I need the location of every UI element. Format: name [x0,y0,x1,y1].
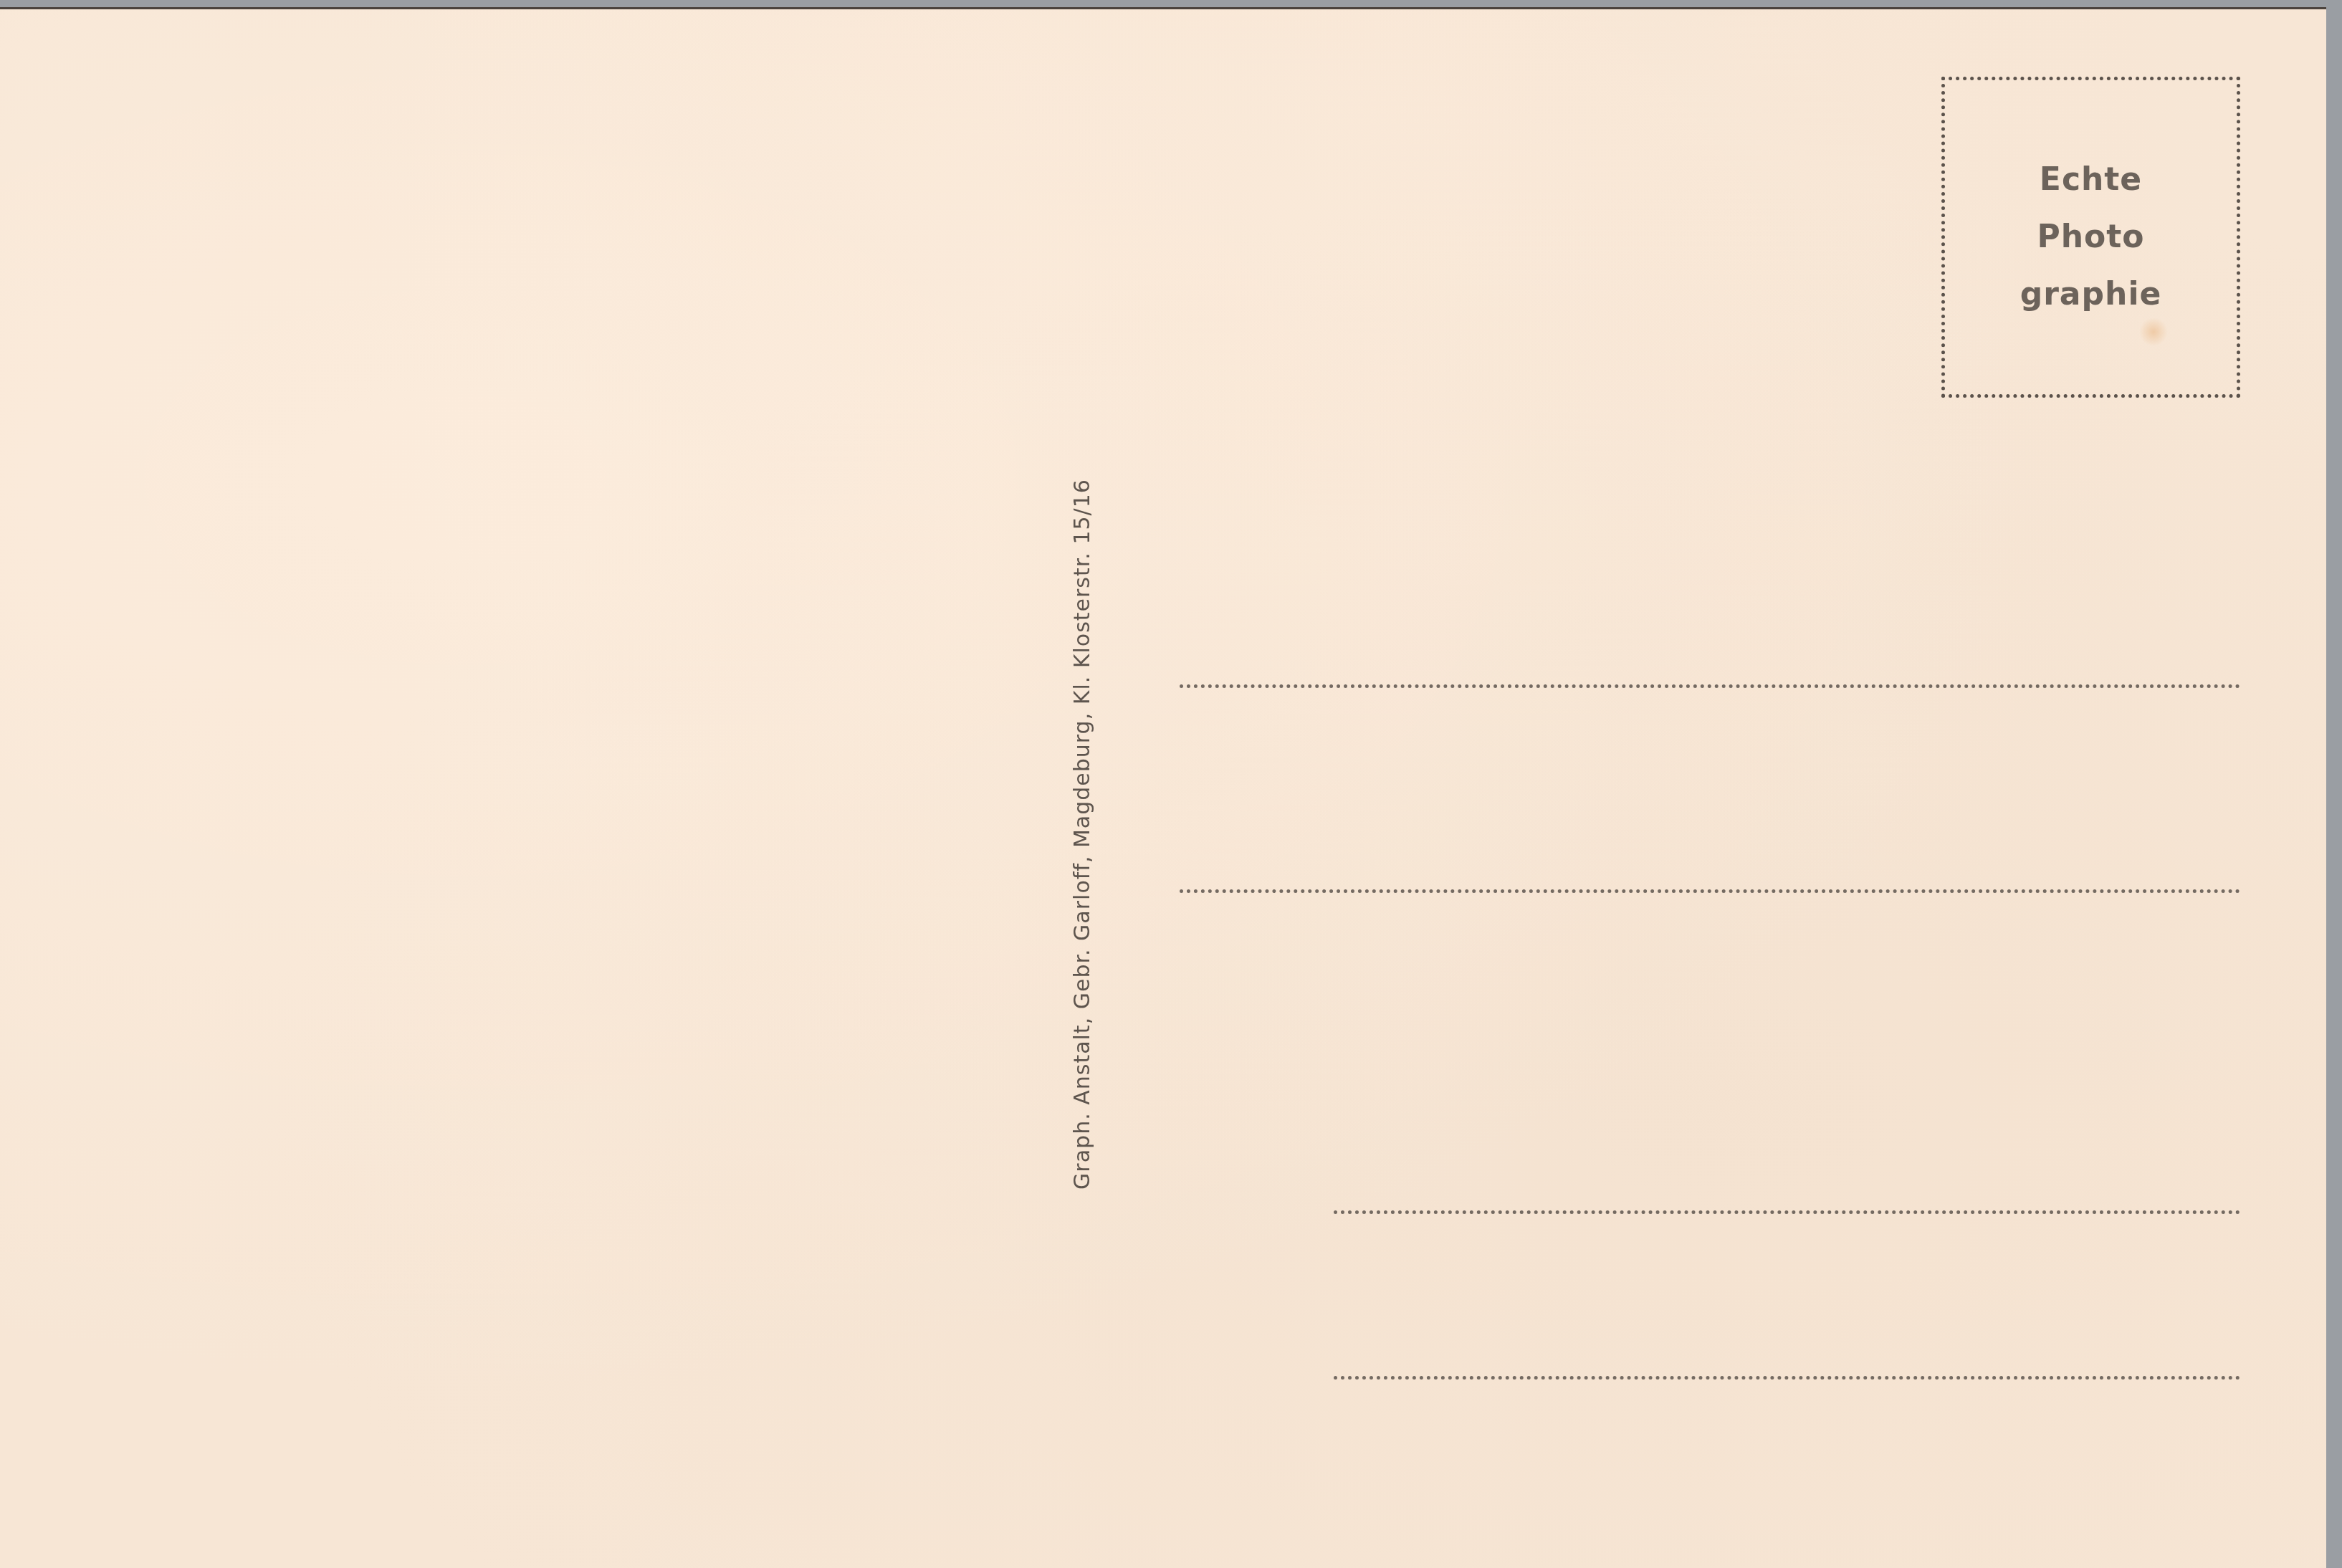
printer-imprint: Graph. Anstalt, Gebr. Garloff, Magdeburg… [1068,446,1098,1223]
address-line-1 [1180,684,2240,688]
stamp-box-text-line-2: Photo [2037,209,2144,266]
stamp-box-text-line-3: graphie [2020,266,2162,323]
stamp-box-text-line-1: Echte [2040,151,2142,209]
paper-stain [2139,317,2168,346]
address-line-2 [1180,889,2240,893]
stamp-placement-box: Echte Photo graphie [1941,77,2240,398]
address-line-4 [1334,1376,2240,1380]
postcard-back: Echte Photo graphie Graph. Anstalt, Gebr… [0,7,2326,1568]
address-line-3 [1334,1210,2240,1214]
